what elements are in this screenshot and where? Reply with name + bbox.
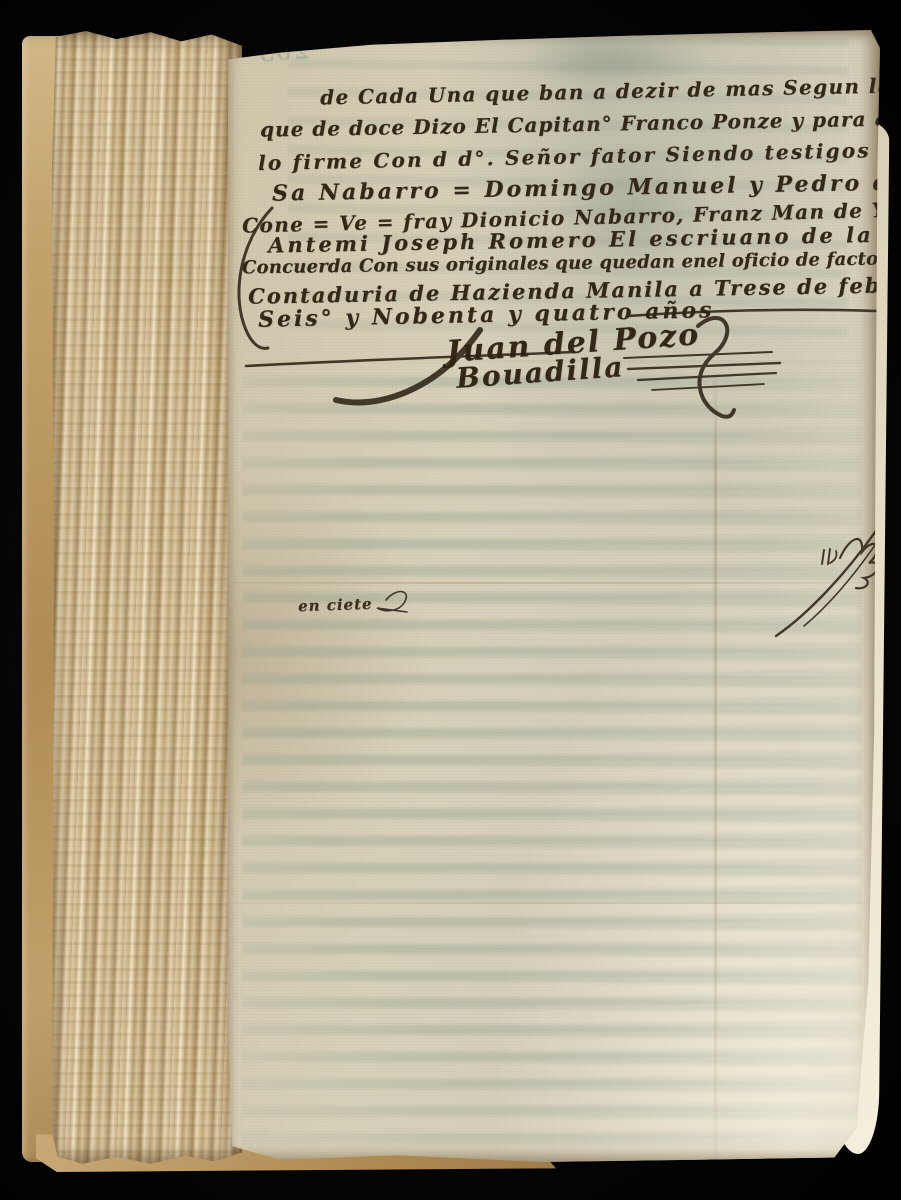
folio-number-showthrough: 263	[255, 36, 309, 68]
horizontal-fold-crease	[234, 902, 874, 904]
horizontal-fold-crease	[234, 582, 874, 584]
verso-showthrough-text	[242, 360, 862, 1150]
manuscript-page: 263 de Cada Una que ban a dezir de mas S…	[228, 30, 880, 1162]
photo-background: 263 de Cada Una que ban a dezir de mas S…	[0, 0, 901, 1200]
vertical-fold-crease	[714, 370, 717, 1160]
marginal-note: en ciete	[298, 595, 373, 616]
page-edges-stack	[52, 30, 242, 1166]
